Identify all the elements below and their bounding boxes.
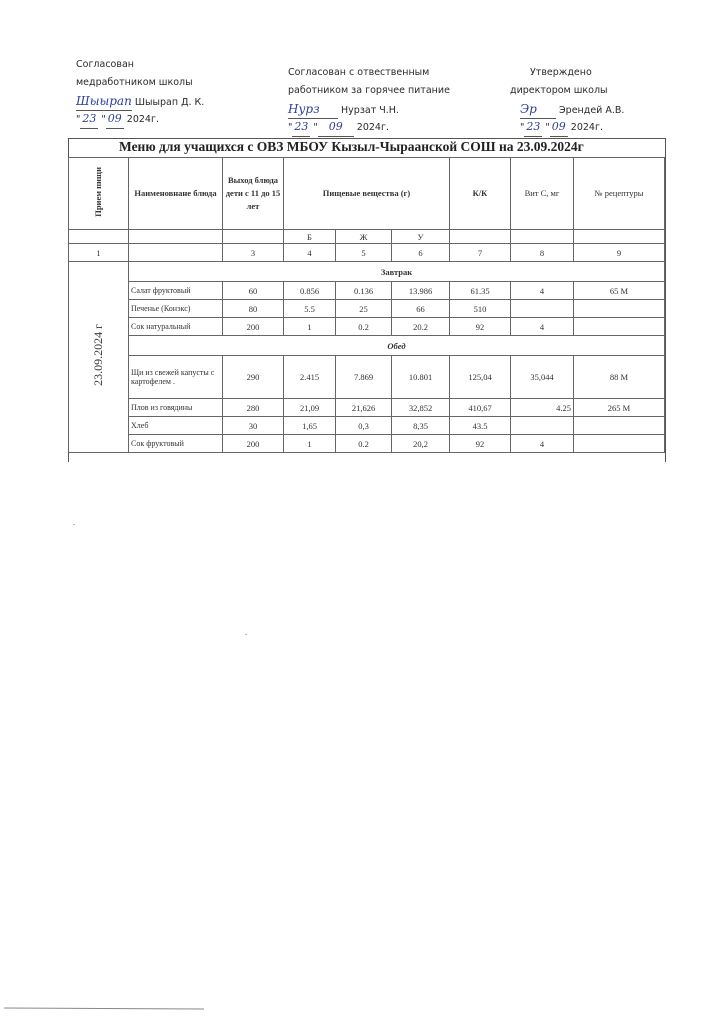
signature: Эр (520, 100, 556, 119)
cell-fat: 21,626 (336, 399, 392, 417)
cell-portion: 200 (223, 318, 284, 336)
cell-dish: Хлеб (129, 417, 223, 435)
approval-role: работником за горячее питание (288, 82, 450, 100)
cell-vitc (511, 417, 574, 435)
cell-portion: 80 (223, 300, 284, 318)
cell-carbs: 8,35 (392, 417, 450, 435)
dish-row: Печенье (Конэкс)805.52566510 (69, 300, 665, 318)
cell-recipe: 65 М (574, 282, 665, 300)
cell-dish: Щи из свежей капусты с картофелем . (129, 356, 223, 399)
approval-catering: Согласован с отвественным работником за … (288, 64, 450, 136)
dish-row: Салат фруктовый600.8560.13613.98661.3546… (69, 282, 665, 300)
menu-table: Прием пищи Наименовнане блюда Выход блюд… (68, 157, 665, 453)
cell-dish: Печенье (Конэкс) (129, 300, 223, 318)
approver-name: Эрендей А.В. (559, 105, 624, 116)
header-row: Прием пищи Наименовнане блюда Выход блюд… (69, 158, 665, 230)
cell-recipe (574, 435, 665, 453)
cell-portion: 30 (223, 417, 284, 435)
approval-date: "23 "09 2024г. (510, 118, 624, 136)
cell-kcal: 43.5 (450, 417, 511, 435)
cell-vitc: 35,044 (511, 356, 574, 399)
cell-protein: 1 (284, 435, 336, 453)
cell-kcal: 125,04 (450, 356, 511, 399)
cell-vitc (511, 300, 574, 318)
approval-signature-line: Эр Эрендей А.В. (510, 100, 624, 118)
cell-kcal: 61.35 (450, 282, 511, 300)
cell-carbs: 20.2 (392, 318, 450, 336)
dish-row: Плов из говядины28021,0921,62632,852410,… (69, 399, 665, 417)
scan-speck (245, 634, 247, 635)
cell-protein: 1,65 (284, 417, 336, 435)
cell-carbs: 20,2 (392, 435, 450, 453)
date-day: 23 (80, 110, 98, 129)
cell-fat: 0.2 (336, 318, 392, 336)
cell-portion: 280 (223, 399, 284, 417)
letter-protein: Б (284, 230, 336, 244)
cell-vitc: 4 (511, 318, 574, 336)
cell-vitc: 4 (511, 435, 574, 453)
cell-carbs: 13.986 (392, 282, 450, 300)
document-title: Меню для учащихся с ОВЗ МБОУ Кызыл-Чыраа… (119, 139, 659, 155)
cell-fat: 0,3 (336, 417, 392, 435)
cell-fat: 0.136 (336, 282, 392, 300)
cell-portion: 200 (223, 435, 284, 453)
approver-name: Нурзат Ч.Н. (341, 105, 399, 116)
section-row: Обед (69, 336, 665, 356)
signature: Шыырап (76, 92, 132, 111)
dish-row: Щи из свежей капусты с картофелем .2902.… (69, 356, 665, 399)
cell-kcal: 510 (450, 300, 511, 318)
cell-carbs: 66 (392, 300, 450, 318)
cell-recipe: 88 М (574, 356, 665, 399)
cell-protein: 0.856 (284, 282, 336, 300)
approver-name: Шыырап Д. К. (135, 97, 204, 108)
letter-fat: Ж (336, 230, 392, 244)
cell-recipe: 265 М (574, 399, 665, 417)
scan-speck (73, 524, 75, 525)
cell-vitc: 4 (511, 282, 574, 300)
cell-kcal: 92 (450, 318, 511, 336)
date-year: 2024г. (357, 122, 389, 133)
date-day: 23 (524, 118, 542, 137)
approval-signature-line: Шыырап Шыырап Д. К. (76, 92, 204, 110)
dish-row: Сок натуральный20010.220.2924 (69, 318, 665, 336)
cell-dish: Салат фруктовый (129, 282, 223, 300)
date-year: 2024г. (571, 122, 603, 133)
header-recipe: № рецептуры (574, 158, 665, 230)
cell-dish: Сок натуральный (129, 318, 223, 336)
approval-date: "23 "09 2024г. (288, 118, 450, 136)
date-day: 23 (292, 118, 310, 137)
cell-carbs: 32,852 (392, 399, 450, 417)
cell-protein: 2.415 (284, 356, 336, 399)
header-kcal: К/К (450, 158, 511, 230)
cell-dish: Сок фруктовый (129, 435, 223, 453)
cell-kcal: 92 (450, 435, 511, 453)
section-row: 23.09.2024 гЗавтрак (69, 262, 665, 282)
approval-signature-line: Нурз Нурзат Ч.Н. (288, 100, 450, 118)
approval-label: Утверждено (510, 64, 624, 82)
approval-role: медработником школы (76, 74, 204, 92)
dish-row: Хлеб301,650,38,3543.5 (69, 417, 665, 435)
cell-vitc: 4.25 (511, 399, 574, 417)
column-numbers-row: 1 3 4 5 6 7 8 9 (69, 244, 665, 262)
header-portion: Выход блюда дети с 11 до 15 лет (223, 158, 284, 230)
approval-date: "23 "09 2024г. (76, 110, 204, 128)
cell-fat: 7.869 (336, 356, 392, 399)
header-vitc: Вит С, мг (511, 158, 574, 230)
approval-label: Согласован с отвественным (288, 64, 450, 82)
approval-director: Утверждено директором школы Эр Эрендей А… (510, 64, 624, 136)
date-month: 09 (318, 118, 354, 137)
cell-dish: Плов из говядины (129, 399, 223, 417)
cell-recipe (574, 417, 665, 435)
cell-kcal: 410,67 (450, 399, 511, 417)
date-month: 09 (106, 110, 124, 129)
cell-fat: 0.2 (336, 435, 392, 453)
cell-protein: 1 (284, 318, 336, 336)
cell-protein: 21,09 (284, 399, 336, 417)
scan-artifact-line (4, 1007, 204, 1009)
header-meal: Прием пищи (69, 158, 129, 230)
cell-fat: 25 (336, 300, 392, 318)
cell-portion: 60 (223, 282, 284, 300)
cell-recipe (574, 300, 665, 318)
cell-recipe (574, 318, 665, 336)
approval-medical: Согласован медработником школы Шыырап Шы… (76, 56, 204, 128)
header-nutrients: Пищевые вещества (г) (284, 158, 450, 230)
letter-carbs: У (392, 230, 450, 244)
cell-portion: 290 (223, 356, 284, 399)
date-year: 2024г. (127, 114, 159, 125)
section-title: Завтрак (129, 262, 665, 282)
date-cell: 23.09.2024 г (69, 262, 129, 453)
section-title: Обед (129, 336, 665, 356)
cell-carbs: 10.801 (392, 356, 450, 399)
signature: Нурз (288, 100, 338, 119)
dish-row: Сок фруктовый20010.220,2924 (69, 435, 665, 453)
nutrient-letters-row: Б Ж У (69, 230, 665, 244)
approval-role: директором школы (510, 82, 624, 100)
header-dish: Наименовнане блюда (129, 158, 223, 230)
cell-protein: 5.5 (284, 300, 336, 318)
approval-label: Согласован (76, 56, 204, 74)
date-month: 09 (550, 118, 568, 137)
